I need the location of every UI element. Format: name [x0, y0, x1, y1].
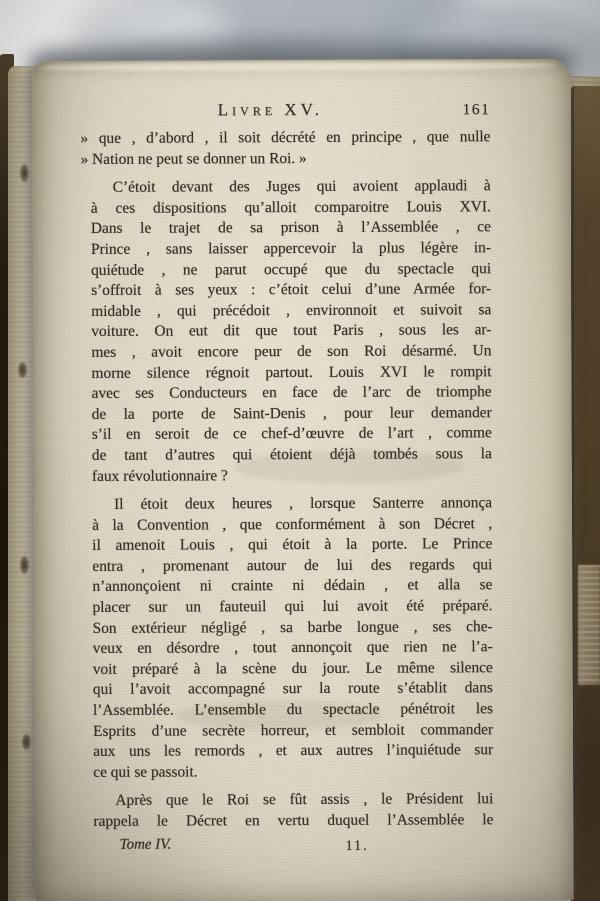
text-line: à ces dispositions qu’alloit comparoitre… [81, 197, 491, 219]
text-line: n’annonçoient ni crainte ni dédain , et … [82, 576, 492, 598]
text-line: entra , promenant autour de lui des rega… [82, 555, 492, 577]
leather-cover-edge [571, 86, 600, 901]
text-line: de la porte de Saint-Denis , pour leur d… [82, 403, 492, 425]
text-line: Après que le Roi se fût assis , le Prési… [83, 790, 493, 812]
text-line: placer sur un fauteuil qui lui avoit été… [83, 596, 493, 618]
text-line: voiture. On eut dit que tout Paris , sou… [81, 321, 491, 343]
book-photo: Livre XV. 161 » que , d’abord , il soit … [0, 0, 600, 901]
text-line: Dans le trajet de sa prison à l’Assemblé… [81, 218, 491, 240]
book-page: Livre XV. 161 » que , d’abord , il soit … [32, 59, 574, 901]
text-line: midable , qui précédoit , environnoit et… [81, 300, 491, 322]
text-line: veux en désordre , tout annonçoit que ri… [83, 637, 493, 659]
binding-stitch [18, 362, 27, 378]
text-line: de tant d’autres qui étoient déjà tombés… [82, 444, 492, 466]
running-header: Livre XV. 161 [80, 99, 490, 125]
quote-line: » que , d’abord , il soit décrété en pri… [80, 127, 490, 149]
page-text: Livre XV. 161 » que , d’abord , il soit … [80, 99, 493, 856]
text-line: rappela le Décret en vertu duquel l’Asse… [83, 810, 493, 832]
text-line: faux révolutionnaire ? [82, 465, 492, 487]
text-line: à la Convention , que conformément à son… [82, 514, 492, 536]
text-line: Esprits d’une secrète horreur, et semblo… [83, 720, 493, 742]
page-footer: Tome IV. 11. [84, 833, 494, 857]
text-line: il amenoit Louis , qui étoit à la porte.… [82, 534, 492, 556]
page-number: 161 [463, 100, 491, 121]
binding-stitch [22, 734, 31, 750]
signature-mark: 11. [346, 836, 369, 857]
paragraph: C’étoit devant des Juges qui avoient app… [81, 176, 492, 487]
text-line: s’offroit à ses yeux : c’étoit celui d’u… [81, 279, 491, 301]
text-line: s’il en seroit de ce chef-d’œuvre de l’a… [82, 423, 492, 445]
text-line: voit préparé à la scène du jour. Le même… [83, 658, 493, 680]
chapter-heading: Livre XV. [80, 99, 490, 121]
text-line: avec ses Conducteurs en face de l’arc de… [82, 382, 492, 404]
text-line: l’Assemblée. L’ensemble du spectacle pén… [83, 699, 493, 721]
paragraph: Il étoit deux heures , lorsque Santerre … [82, 493, 493, 783]
text-line: aux uns les remords , et aux autres l’in… [83, 740, 493, 762]
binding-stitch [20, 164, 29, 182]
fore-edge-pages [578, 565, 600, 685]
text-line: ce qui se passoit. [83, 761, 493, 783]
quoted-decree: » que , d’abord , il soit décrété en pri… [80, 127, 490, 170]
text-line: morne silence régnoit partout. Louis XVI… [81, 362, 491, 384]
paragraph: Après que le Roi se fût assis , le Prési… [83, 790, 493, 833]
text-line: Prince , sans laisser appercevoir la plu… [81, 238, 491, 260]
text-line: Il étoit deux heures , lorsque Santerre … [82, 493, 492, 515]
binding-stitch [20, 556, 29, 574]
text-line: Son extérieur négligé , sa barbe longue … [83, 617, 493, 639]
text-line: qui l’avoit accompagné sur la route s’ét… [83, 679, 493, 701]
tome-label: Tome IV. [120, 834, 172, 855]
quote-line: » Nation ne peut se donner un Roi. » [81, 148, 491, 170]
text-line: mes , avoit encore peur de son Roi désar… [81, 341, 491, 363]
text-line: C’étoit devant des Juges qui avoient app… [81, 176, 491, 198]
text-line: quiétude , ne parut occupé que du specta… [81, 259, 491, 281]
